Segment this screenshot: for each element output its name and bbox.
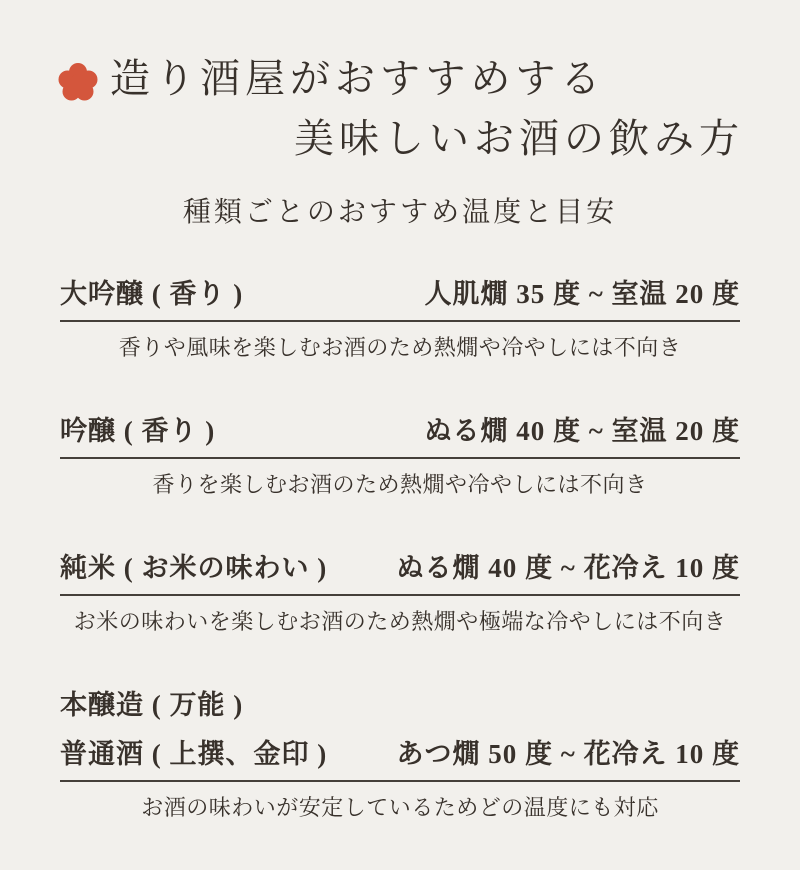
sake-section-daiginjo: 大吟醸 ( 香り ) 人肌燗 35 度 ~ 室温 20 度 香りや風味を楽しむお… (60, 278, 740, 363)
temperature-range: あつ燗 50 度 ~ 花冷え 10 度 (396, 738, 740, 770)
section-header: 大吟醸 ( 香り ) 人肌燗 35 度 ~ 室温 20 度 (60, 278, 740, 322)
page-header: 造り酒屋がおすすめする 美味しいお酒の飲み方 種類ごとのおすすめ温度と目安 (0, 0, 800, 230)
sake-note: 香りを楽しむお酒のため熱燗や冷やしには不向き (60, 459, 740, 500)
infographic-page: 造り酒屋がおすすめする 美味しいお酒の飲み方 種類ごとのおすすめ温度と目安 大吟… (0, 0, 800, 870)
section-header: 吟醸 ( 香り ) ぬる燗 40 度 ~ 室温 20 度 (60, 415, 740, 459)
plum-blossom-icon (57, 60, 99, 104)
page-title-line2: 美味しいお酒の飲み方 (0, 110, 800, 168)
sake-note: 香りや風味を楽しむお酒のため熱燗や冷やしには不向き (60, 322, 740, 363)
sake-temperature-list: 大吟醸 ( 香り ) 人肌燗 35 度 ~ 室温 20 度 香りや風味を楽しむお… (0, 278, 800, 823)
sake-type-label: 普通酒 ( 上撰、金印 ) (60, 738, 327, 770)
section-header: 純米 ( お米の味わい ) ぬる燗 40 度 ~ 花冷え 10 度 (60, 552, 740, 596)
sake-type-label: 吟醸 ( 香り ) (60, 415, 215, 447)
sake-note: お米の味わいを楽しむお酒のため熱燗や極端な冷やしには不向き (60, 596, 740, 637)
sake-section-ginjo: 吟醸 ( 香り ) ぬる燗 40 度 ~ 室温 20 度 香りを楽しむお酒のため… (60, 415, 740, 500)
section-header: 本醸造 ( 万能 ) 普通酒 ( 上撰、金印 ) あつ燗 50 度 ~ 花冷え … (60, 689, 740, 782)
sake-type-label: 本醸造 ( 万能 ) (60, 689, 243, 721)
temperature-range: 人肌燗 35 度 ~ 室温 20 度 (424, 278, 740, 310)
sake-section-junmai: 純米 ( お米の味わい ) ぬる燗 40 度 ~ 花冷え 10 度 お米の味わい… (60, 552, 740, 637)
page-title-line1: 造り酒屋がおすすめする (0, 0, 800, 110)
sake-type-label: 大吟醸 ( 香り ) (60, 278, 243, 310)
sake-section-honjozo-futsushu: 本醸造 ( 万能 ) 普通酒 ( 上撰、金印 ) あつ燗 50 度 ~ 花冷え … (60, 689, 740, 823)
temperature-range: ぬる燗 40 度 ~ 室温 20 度 (424, 415, 740, 447)
page-subtitle: 種類ごとのおすすめ温度と目安 (0, 196, 800, 230)
temperature-range: ぬる燗 40 度 ~ 花冷え 10 度 (396, 552, 740, 584)
sake-type-label: 純米 ( お米の味わい ) (60, 552, 327, 584)
sake-note: お酒の味わいが安定しているためどの温度にも対応 (60, 782, 740, 823)
